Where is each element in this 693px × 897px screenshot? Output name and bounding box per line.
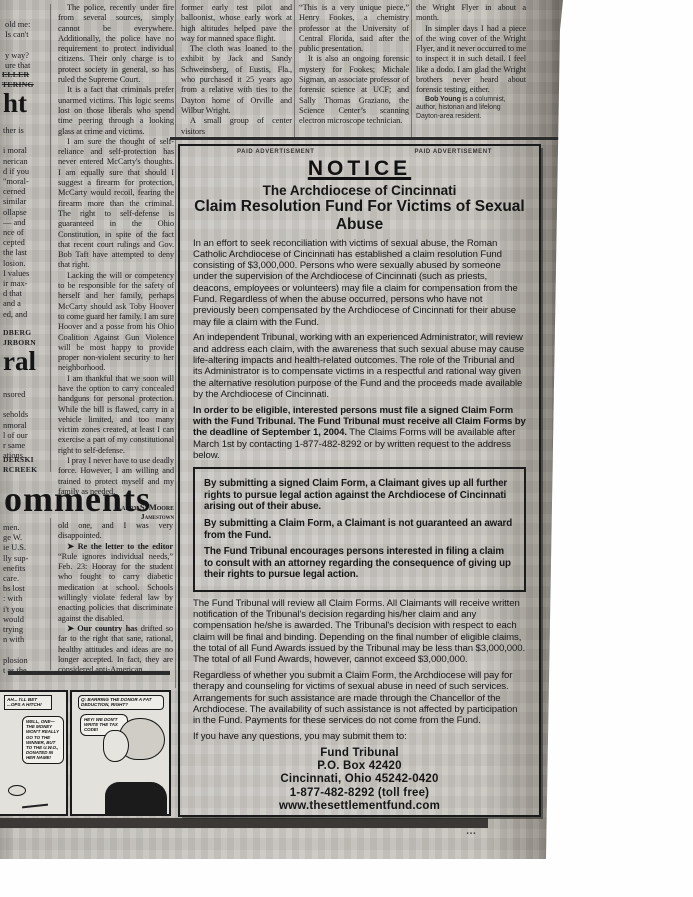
- article-paragraph: the Wright Flyer in about a month.: [416, 3, 526, 24]
- comic-caption: AH... I'LL BET ...OPS A HITCH!: [4, 695, 52, 710]
- columnist-name: Bob Young: [425, 96, 461, 103]
- address-name: Fund Tribunal: [193, 747, 526, 760]
- columnist-byline: Bob Young is a columnist, author, histor…: [416, 96, 526, 122]
- margin-fragment-lower: nsored seholds nmoral l of our r same at…: [3, 390, 50, 461]
- notice-paragraph: In order to be eligible, interested pers…: [193, 405, 526, 461]
- article-paragraph: “This is a very unique piece,” Henry Foo…: [299, 3, 409, 54]
- address-phone: 1-877-482-8292 (toll free): [193, 787, 526, 800]
- notice-subtitle-2: Claim Resolution Fund For Victims of Sex…: [193, 198, 526, 233]
- letter-paragraph: I am sure the thought of self-reliance a…: [58, 137, 174, 271]
- notice-address-block: Fund Tribunal P.O. Box 42420 Cincinnati,…: [193, 747, 526, 813]
- section-divider-rule: [170, 137, 560, 140]
- comic-caption: Q: BARRING THE DONOR A FAT DEDUCTION, RI…: [78, 695, 164, 710]
- comic-speech-balloon: WELL, ONE— THE MONEY WON'T REALLY GO TO …: [22, 716, 64, 764]
- column-rule: [50, 518, 51, 670]
- margin-headline-fragment: ral: [3, 348, 36, 374]
- margin-fragment-names: DERSKI RCREEK: [3, 455, 51, 475]
- newspaper-scan-page: old me: Is can't y way? ure that ELLER T…: [0, 0, 563, 859]
- notice-box-paragraph: By submitting a signed Claim Form, a Cla…: [204, 478, 515, 513]
- notice-paragraph: The Fund Tribunal will review all Claim …: [193, 598, 526, 666]
- letter-paragraph: The police, recently under fire from sev…: [58, 3, 174, 85]
- letter-paragraph: I am thankful that we soon will have the…: [58, 374, 174, 456]
- paid-advertisement-label: PAID ADVERTISEMENT: [237, 149, 314, 155]
- comments-heading: omments: [4, 478, 151, 520]
- margin-fragment-mid: ther is i moral nerican d if you "moral-…: [3, 126, 50, 320]
- notice-paragraph: If you have any questions, you may submi…: [193, 731, 526, 742]
- comments-bullet-text: “Rule ignores individual needs,” Feb. 23…: [58, 552, 173, 623]
- address-website: www.thesettlementfund.com: [193, 800, 526, 813]
- comments-bullet: ➤ Re the letter to the editor “Rule igno…: [58, 542, 173, 624]
- column-rule: [411, 0, 412, 139]
- notice-box-paragraph: By submitting a Claim Form, a Claimant i…: [204, 518, 515, 541]
- notice-subtitle-1: The Archdiocese of Cincinnati: [193, 183, 526, 198]
- notice-paragraph: In an effort to seek reconciliation with…: [193, 238, 526, 328]
- notice-paragraph: An independent Tribunal, working with an…: [193, 332, 526, 400]
- notice-box-paragraph: The Fund Tribunal encourages persons int…: [204, 546, 515, 581]
- article-column-4: the Wright Flyer in about a month. In si…: [416, 3, 526, 121]
- paid-advertisement-row: PAID ADVERTISEMENT PAID ADVERTISEMENT: [193, 148, 526, 155]
- article-paragraph: In simpler days I had a piece of the win…: [416, 24, 526, 96]
- comic-artist-signature: [22, 803, 48, 807]
- comic-character-face: [103, 730, 129, 762]
- comments-bullet-lead: ➤ Re the letter to the editor: [67, 542, 173, 551]
- article-column-3: “This is a very unique piece,” Henry Foo…: [299, 3, 409, 127]
- page-bottom-bar: [0, 818, 488, 828]
- article-paragraph: The cloth was loaned to the exhibit by J…: [181, 44, 292, 116]
- comments-intro: old one, and I was very disappointed.: [58, 521, 173, 542]
- letter-column: The police, recently under fire from sev…: [58, 3, 174, 522]
- comments-bullet: ➤ Our country has drifted so far to the …: [58, 624, 173, 675]
- comic-character-sweater: [105, 782, 167, 816]
- comments-bullet-lead: ➤ Our country has: [67, 624, 137, 633]
- article-paragraph: It is also an ongoing forensic mystery f…: [299, 54, 409, 126]
- address-po-box: P.O. Box 42420: [193, 760, 526, 773]
- notice-body: In an effort to seek reconciliation with…: [193, 238, 526, 813]
- paid-advertisement-label: PAID ADVERTISEMENT: [415, 149, 492, 155]
- address-city: Cincinnati, Ohio 45242-0420: [193, 773, 526, 786]
- article-paragraph: former early test pilot and balloonist, …: [181, 3, 292, 44]
- margin-fragment-comments: men. ge W. ie U.S. lly sup- enefits care…: [3, 523, 50, 676]
- notice-title: NOTICE: [193, 157, 526, 181]
- notice-paragraph: Regardless of whether you submit a Claim…: [193, 670, 526, 726]
- letter-paragraph: Lacking the will or competency to be res…: [58, 271, 174, 374]
- column-rule: [50, 4, 51, 472]
- comments-bottom-rule: [8, 671, 170, 675]
- article-paragraph: A small group of center visitors: [181, 116, 292, 137]
- footer-dots: …: [466, 826, 478, 837]
- comments-column: old one, and I was very disappointed. ➤ …: [58, 521, 173, 675]
- comic-hand-drawing: [8, 785, 26, 796]
- article-column-2: former early test pilot and balloonist, …: [181, 3, 292, 137]
- notice-inner-box: By submitting a signed Claim Form, a Cla…: [193, 467, 526, 592]
- margin-fragment-top: old me: Is can't y way? ure that: [5, 20, 51, 71]
- column-rule: [294, 0, 295, 139]
- column-rule: [175, 0, 176, 688]
- comic-panel-1: AH... I'LL BET ...OPS A HITCH! WELL, ONE…: [0, 690, 68, 816]
- notice-advertisement: PAID ADVERTISEMENT PAID ADVERTISEMENT NO…: [178, 144, 541, 817]
- margin-headline-fragment: ht: [3, 90, 27, 116]
- letter-paragraph: It is a fact that criminals prefer unarm…: [58, 85, 174, 136]
- comic-panel-2: Q: BARRING THE DONOR A FAT DEDUCTION, RI…: [70, 690, 171, 816]
